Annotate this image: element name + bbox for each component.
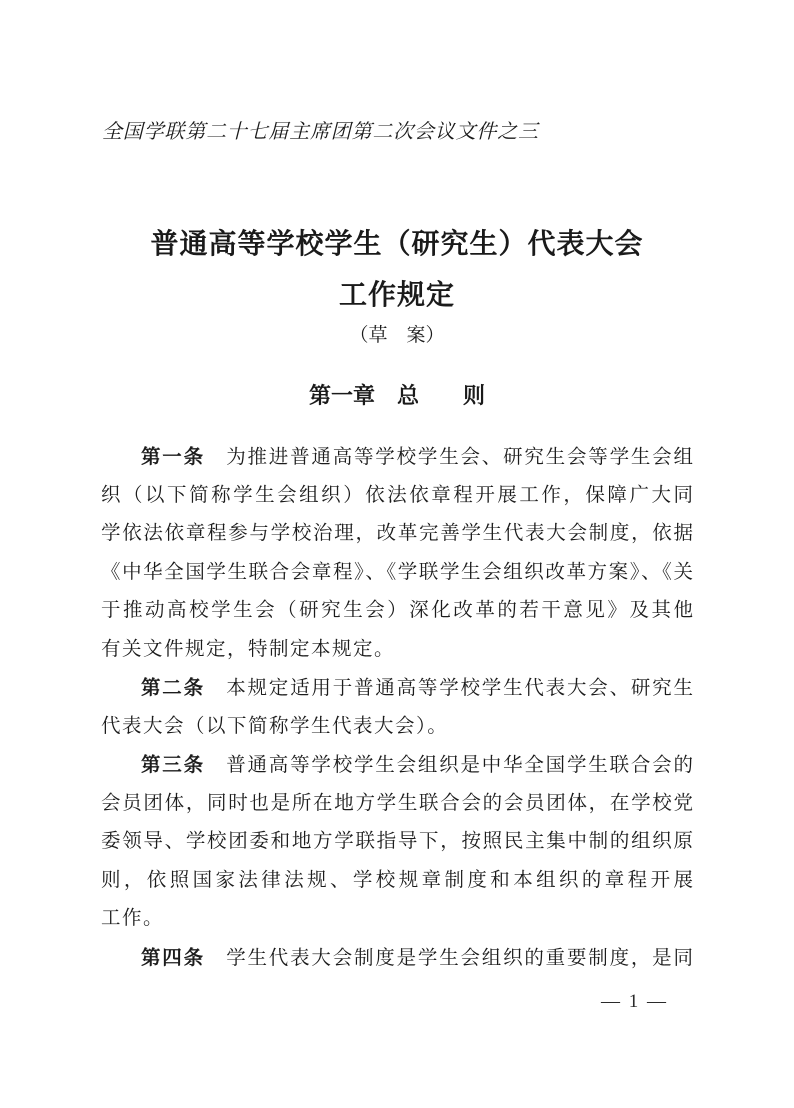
- body-line: 第一条 为推进普通高等学校学生会、研究生会等学生会组: [101, 438, 693, 477]
- body-line: 《中华全国学生联合会章程》、《学联学生会组织改革方案》、《关: [101, 554, 693, 593]
- document-title-line1: 普通高等学校学生（研究生）代表大会: [0, 226, 794, 264]
- article-number: 第四条: [141, 947, 205, 969]
- document-reference-note: 全国学联第二十七届主席团第二次会议文件之三: [102, 117, 539, 147]
- body-line: 工作。: [101, 900, 693, 939]
- body-line: 第四条 学生代表大会制度是学生会组织的重要制度，是同: [101, 939, 693, 978]
- draft-label: （草 案）: [0, 323, 794, 349]
- body-line: 第三条 普通高等学校学生会组织是中华全国学生联合会的: [101, 746, 693, 785]
- document-page: 全国学联第二十七届主席团第二次会议文件之三 普通高等学校学生（研究生）代表大会 …: [0, 0, 794, 1108]
- body-line: 代表大会（以下简称学生代表大会）。: [101, 708, 693, 747]
- body-line: 学依法依章程参与学校治理，改革完善学生代表大会制度，依据: [101, 515, 693, 554]
- document-title-line2: 工作规定: [0, 277, 794, 315]
- body-line: 会员团体，同时也是所在地方学生联合会的会员团体，在学校党: [101, 785, 693, 824]
- body-line: 于推动高校学生会（研究生会）深化改革的若干意见》及其他: [101, 592, 693, 631]
- page-number: — 1 —: [601, 989, 668, 1015]
- article-number: 第二条: [141, 677, 205, 699]
- body-line: 则，依照国家法律法规、学校规章制度和本组织的章程开展: [101, 862, 693, 901]
- body-line: 有关文件规定，特制定本规定。: [101, 631, 693, 670]
- chapter-heading: 第一章 总 则: [0, 380, 794, 411]
- body-line: 第二条 本规定适用于普通高等学校学生代表大会、研究生: [101, 669, 693, 708]
- body-line: 委领导、学校团委和地方学联指导下，按照民主集中制的组织原: [101, 823, 693, 862]
- article-number: 第三条: [141, 754, 205, 776]
- body-lines: 第一条 为推进普通高等学校学生会、研究生会等学生会组织（以下简称学生会组织）依法…: [101, 438, 693, 977]
- body-line: 织（以下简称学生会组织）依法依章程开展工作，保障广大同: [101, 477, 693, 516]
- article-number: 第一条: [141, 446, 205, 468]
